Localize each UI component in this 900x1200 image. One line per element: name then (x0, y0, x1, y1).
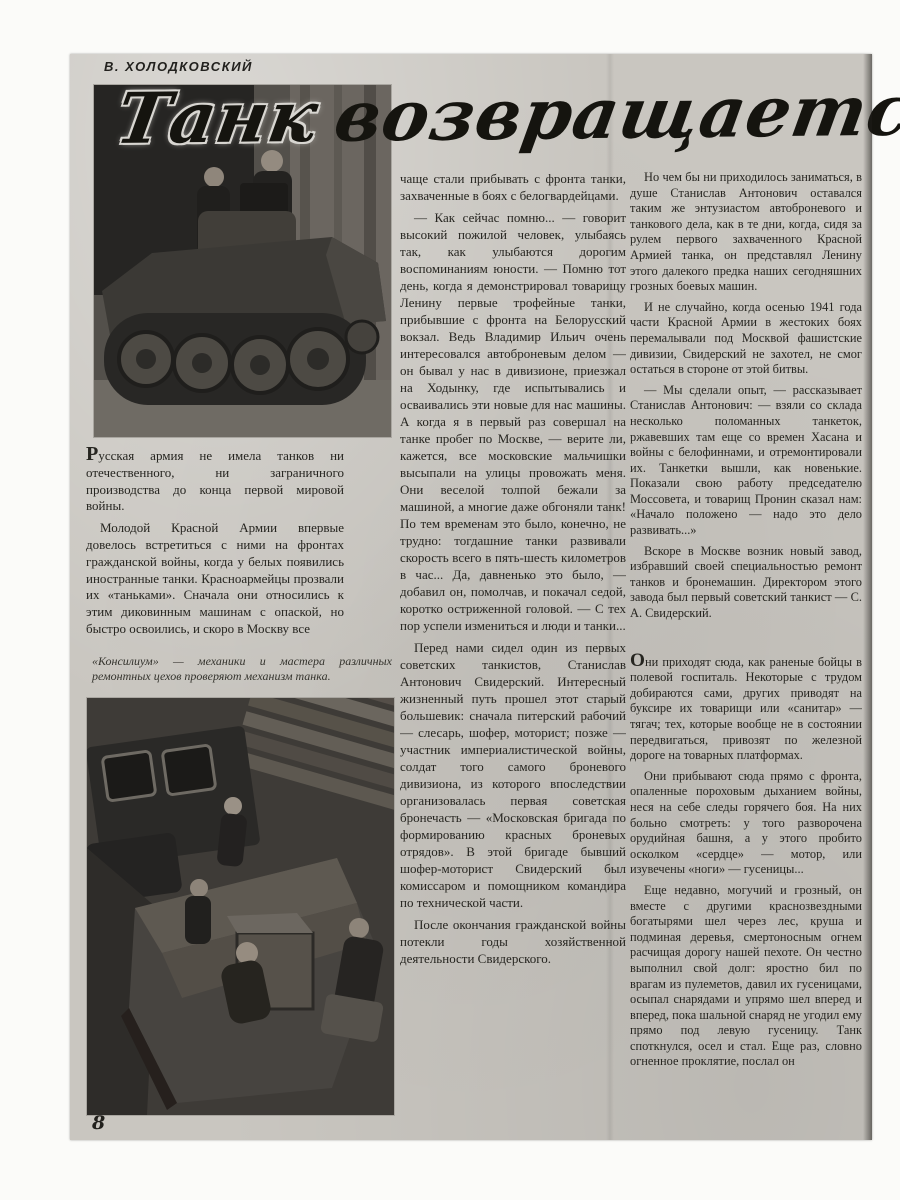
page-crease (606, 54, 614, 1140)
text-column-2: чаще стали прибывать с фронта танки, зах… (400, 170, 626, 1138)
text-column-3: Но чем бы ни приходилось заниматься, в д… (630, 170, 862, 1140)
paragraph: И не случайно, когда осенью 1941 года ча… (630, 300, 862, 378)
paragraph: — Мы сделали опыт, — рассказывает Станис… (630, 383, 862, 539)
title-word-2: возвращается (329, 68, 900, 158)
paragraph: Русская армия не имела танков ни отечест… (86, 446, 344, 515)
article-title: Танквозвращается (112, 76, 885, 154)
paragraph: — Как сейчас помню... — говорит высокий … (400, 209, 626, 634)
paragraph: Но чем бы ни приходилось заниматься, в д… (630, 170, 862, 295)
paragraph: чаще стали прибывать с фронта танки, зах… (400, 170, 626, 204)
photo-repair-shop (86, 697, 395, 1116)
paragraph: Перед нами сидел один из первых советски… (400, 639, 626, 911)
paragraph: Они прибывают сюда прямо с фронта, опале… (630, 769, 862, 878)
paragraph: Они приходят сюда, как раненые бойцы в п… (630, 653, 862, 764)
photo2-image (87, 698, 394, 1115)
magazine-page: В. ХОЛОДКОВСКИЙ (70, 54, 872, 1140)
paragraph: После окончания гражданской войны потекл… (400, 916, 626, 967)
photo-caption: «Консилиум» — механики и мастера различн… (92, 654, 392, 684)
paragraph: Молодой Красной Армии впервые довелось в… (86, 520, 344, 638)
page-number: 8 (92, 1112, 105, 1134)
title-word-1: Танк (111, 75, 325, 160)
section-break (630, 627, 862, 653)
author-byline: В. ХОЛОДКОВСКИЙ (104, 59, 253, 74)
paragraph: Вскоре в Москве возник новый завод, избр… (630, 544, 862, 622)
text-column-1: Русская армия не имела танков ни отечест… (86, 446, 344, 658)
paragraph: Еще недавно, могучий и грозный, он вмест… (630, 883, 862, 1070)
